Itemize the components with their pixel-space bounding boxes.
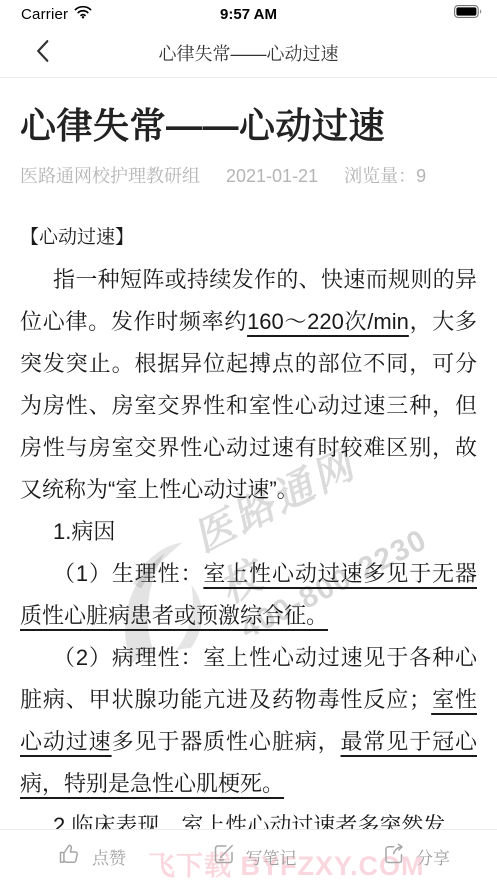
section-heading: 【心动过速】 [20,217,477,259]
underlined-text-run: 160～220次/min [247,309,409,334]
article-paragraph: 1.病因 [20,511,477,553]
article-date: 2021-01-21 [226,165,318,188]
battery-icon [454,5,482,23]
back-button[interactable] [30,28,55,77]
article-paragraph: （2）病理性：室上性心动过速见于各种心脏病、甲状腺功能亢进及药物毒性反应；室性心… [20,637,477,805]
article-paragraph: （1）生理性：室上性心动过速多见于无器质性心脏病患者或预激综合征。 [20,553,477,637]
text-run: （1）生理性： [53,561,203,586]
write-note-label: 写笔记 [246,844,297,869]
article-author: 医路通网校护理教研组 [20,165,200,188]
text-run: 1.病因 [53,519,115,544]
article-scroll-area[interactable]: 医路通网校 400-800-2230 心律失常——心动过速 医路通网校护理教研组… [0,78,497,829]
text-run: 多见于器质性心脏病， [112,729,341,754]
nav-title: 心律失常——心动过速 [0,40,497,66]
text-run: 【心动过速】 [20,227,134,248]
nav-bar: 心律失常——心动过速 [0,28,497,78]
text-run: （2）病理性：室上性心动过速见于各种心脏病、甲状腺功能亢进及药物毒性反应； [20,645,477,712]
bottom-toolbar: 飞下载 BYFZXY.COM 点赞 写笔记 分享 [0,829,497,883]
chevron-left-icon [36,39,49,66]
status-time: 9:57 AM [0,6,497,23]
share-button[interactable]: 分享 [381,841,450,872]
article-meta: 医路通网校护理教研组 2021-01-21 浏览量：9 [20,165,477,188]
compose-icon [211,841,237,872]
article-paragraph: 指一种短阵或持续发作的、快速而规则的异位心律。发作时频率约160～220次/mi… [20,259,477,511]
share-icon [381,841,407,872]
share-label: 分享 [416,844,450,869]
like-button[interactable]: 点赞 [57,841,126,872]
article-title: 心律失常——心动过速 [20,102,477,150]
like-label: 点赞 [92,844,126,869]
write-note-button[interactable]: 写笔记 [211,841,297,872]
text-run: 2.临床表现 室上性心动过速者多突然发 [53,813,445,829]
status-bar: Carrier 9:57 AM [0,0,497,28]
article-paragraph: 2.临床表现 室上性心动过速者多突然发 [20,805,477,829]
article-body: 【心动过速】指一种短阵或持续发作的、快速而规则的异位心律。发作时频率约160～2… [20,217,477,829]
article-views: 浏览量：9 [344,165,426,188]
thumbs-up-icon [57,841,83,872]
text-run: ，大多突发突止。根据异位起搏点的部位不同，可分为房性、房室交界性和室性心动过速三… [20,309,477,502]
status-right [454,5,482,23]
